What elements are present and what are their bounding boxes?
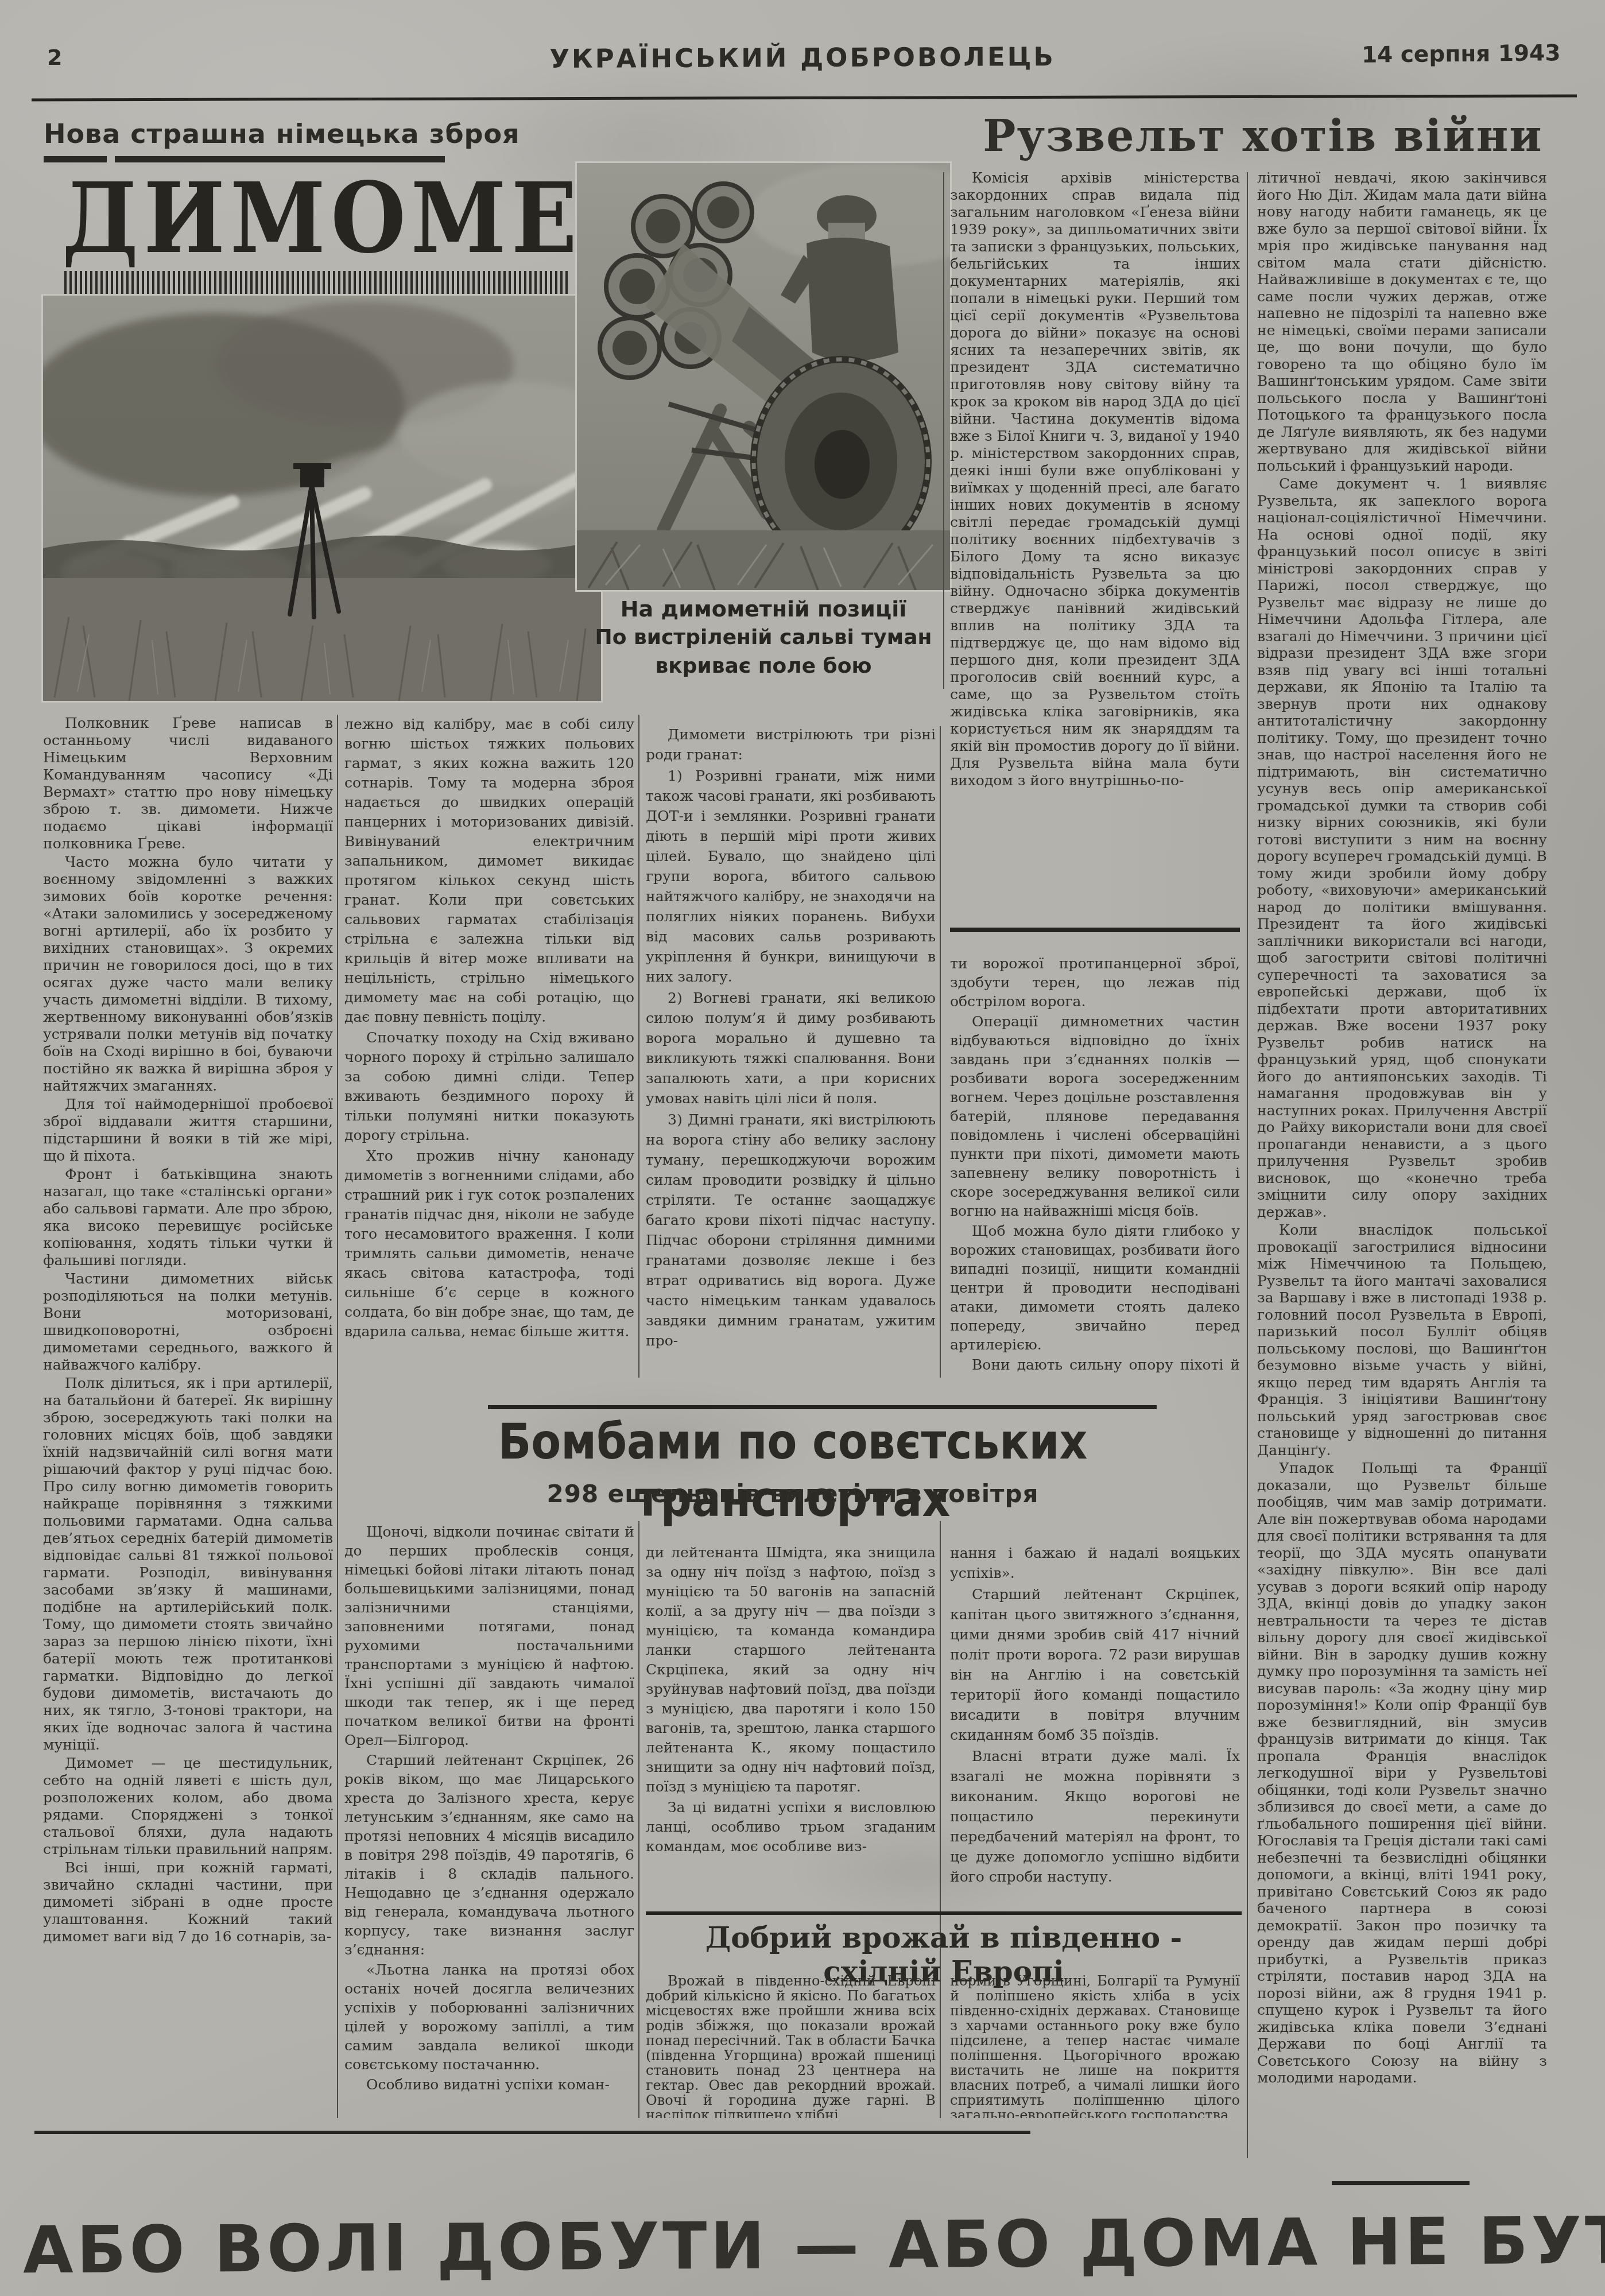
paragraph: Особливо видатні успіхи коман- bbox=[344, 2075, 634, 2094]
dymomety-column-2: лежно від калібру, має в собі силу вогню… bbox=[344, 715, 634, 1375]
caption-title: На димометній позиції bbox=[586, 595, 941, 623]
column-divider bbox=[638, 1521, 639, 2118]
paragraph: ти ворожої протипанцерної зброї, здобути… bbox=[950, 954, 1240, 1011]
paragraph: Спочатку походу на Схід вживано чорного … bbox=[344, 1028, 634, 1145]
banner-top-rule bbox=[34, 2131, 1030, 2134]
paragraph: 2) Вогневі гранати, які великою силою по… bbox=[646, 988, 936, 1108]
paragraph: нання і бажаю й надалі вояцьких успіхів»… bbox=[950, 1543, 1240, 1583]
paragraph: Саме документ ч. 1 виявляє Рузвельта, як… bbox=[1257, 475, 1547, 1220]
dymomety-column-3: Димомети вистрілюють три різні роди гран… bbox=[646, 724, 936, 1379]
paragraph: Часто можна було читати у воєнному звідо… bbox=[43, 854, 333, 1095]
paragraph: норми в Угорщині, Болгарії та Румунії й … bbox=[950, 1973, 1240, 2118]
roosevelt-column-2: літичної невдачі, якою закінчився його Н… bbox=[1257, 169, 1547, 2161]
issue-date: 14 серпня 1943 bbox=[1361, 40, 1560, 68]
harvest-top-rule bbox=[646, 1911, 1242, 1915]
paragraph: Димомети вистрілюють три різні роди гран… bbox=[646, 724, 936, 765]
headline-striped-rule bbox=[64, 271, 571, 294]
bombs-subhead: 298 ешельонів вилетіли в повітря bbox=[344, 1480, 1241, 1508]
paragraph: Фронт і батьківщина знають назагал, що т… bbox=[43, 1166, 333, 1269]
harvest-column-1: Врожай в південно-східній Европі добрий … bbox=[646, 1973, 936, 2118]
paragraph: Операції димнометних частин відбуваються… bbox=[950, 1012, 1240, 1220]
paragraph: Щоб можна було діяти глибоко у ворожих с… bbox=[950, 1221, 1240, 1354]
paragraph: Комісія архівів міністерства закордонних… bbox=[950, 169, 1240, 789]
dymomety-headline: ДИМОМЕТИ bbox=[62, 162, 579, 275]
paragraph: Щоночі, відколи починає світати й до пер… bbox=[344, 1522, 634, 1750]
paragraph: Для тої наймодернішої пробоєвої зброї ві… bbox=[43, 1096, 333, 1165]
paragraph: Вони дають сильну опору піхоті й розбива… bbox=[950, 1355, 1240, 1376]
section-divider bbox=[950, 928, 1240, 932]
roosevelt-column-1: Комісія архівів міністерства закордонних… bbox=[950, 169, 1240, 918]
caption-line: По вистріленій сальві туман bbox=[586, 623, 941, 652]
column-divider bbox=[943, 172, 944, 689]
smoke-mortar-illustration bbox=[577, 163, 950, 590]
paragraph: Коли внаслідок польської провокації заго… bbox=[1257, 1221, 1547, 1459]
column-divider bbox=[940, 1521, 941, 2118]
paragraph: Полковник Ґреве написав в останньому чис… bbox=[43, 715, 333, 852]
paragraph: Старший лейтенант Скрціпек, 26 років вік… bbox=[344, 1751, 634, 1959]
dymomety-column-4: ти ворожої протипанцерної зброї, здобути… bbox=[950, 954, 1240, 1376]
paragraph: «Льотна ланка на протязі обох останіх но… bbox=[344, 1960, 634, 2074]
paragraph: Всі інші, при кожній гарматі, звичайно с… bbox=[43, 1859, 333, 1945]
smoke-mortar-photo bbox=[577, 163, 950, 590]
harvest-column-2: норми в Угорщині, Болгарії та Румунії й … bbox=[950, 1973, 1240, 2118]
kicker: Нова страшна німецька зброя bbox=[44, 118, 520, 149]
rocket-salvo-illustration bbox=[43, 296, 601, 701]
paragraph: Власні втрати дуже малі. Їх взагалі не м… bbox=[950, 1746, 1240, 1887]
bombs-column-3: нання і бажаю й надалі вояцьких успіхів»… bbox=[950, 1543, 1240, 1913]
paragraph: Частини димометних військ розподіляються… bbox=[43, 1270, 333, 1374]
paragraph: Димомет — це шестидульник, себто на одні… bbox=[43, 1755, 333, 1858]
paragraph: літичної невдачі, якою закінчився його Н… bbox=[1257, 169, 1547, 474]
bombs-column-1: Щоночі, відколи починає світати й до пер… bbox=[344, 1522, 634, 2119]
header-divider bbox=[32, 94, 1577, 101]
photo-caption: На димометній позиції По вистріленій сал… bbox=[586, 595, 941, 681]
column-divider bbox=[940, 726, 941, 1378]
article-end-rule bbox=[1332, 2181, 1470, 2185]
caption-line: вкриває поле бою bbox=[586, 652, 941, 681]
paragraph: Хто прожив нічну канонаду димометів з во… bbox=[344, 1146, 634, 1341]
column-divider bbox=[638, 715, 639, 1378]
bottom-slogan: АБО ВОЛІ ДОБУТИ — АБО ДОМА НЕ БУТИ! bbox=[23, 2203, 1583, 2289]
paragraph: Врожай в південно-східній Европі добрий … bbox=[646, 1973, 936, 2118]
paragraph: 1) Розривні гранати, між ними також часо… bbox=[646, 766, 936, 987]
paragraph: Полк ділиться, як і при артилерії, на ба… bbox=[43, 1375, 333, 1754]
bombs-column-2: ди лейтенанта Шмідта, яка знищила за одн… bbox=[646, 1543, 936, 1913]
paragraph: 3) Димні гранати, які вистрілюють на вор… bbox=[646, 1110, 936, 1351]
roosevelt-headline: Рузвельт хотів війни bbox=[964, 110, 1561, 161]
paragraph: За ці видатні успіхи я висловлюю ланці, … bbox=[646, 1798, 936, 1856]
paragraph: лежно від калібру, має в собі силу вогню… bbox=[344, 715, 634, 1027]
bombs-headline: Бомбами по совєтських транспортах bbox=[398, 1413, 1188, 1528]
rocket-salvo-photo bbox=[43, 296, 601, 701]
paragraph: Старший лейтенант Скрціпек, капітан цьог… bbox=[950, 1584, 1240, 1745]
column-divider bbox=[337, 715, 338, 2118]
column-divider bbox=[1247, 172, 1248, 2158]
paragraph: Упадок Польщі та Франції доказали, що Ру… bbox=[1257, 1460, 1547, 2086]
newspaper-page: 2 УКРАЇНСЬКИЙ ДОБРОВОЛЕЦЬ 14 серпня 1943… bbox=[0, 0, 1605, 2296]
paragraph: ди лейтенанта Шмідта, яка знищила за одн… bbox=[646, 1543, 936, 1797]
dymomety-column-1: Полковник Ґреве написав в останньому чис… bbox=[43, 715, 333, 1977]
bombs-top-rule bbox=[488, 1405, 1157, 1409]
